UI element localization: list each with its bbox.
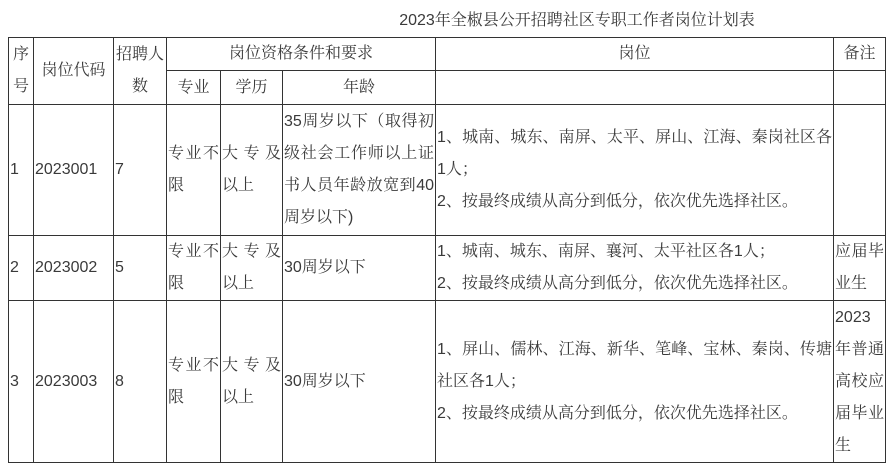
- cell-serial: 1: [9, 105, 34, 236]
- cell-major: 专业不限: [167, 301, 221, 463]
- cell-remark: 应届毕业生: [834, 236, 886, 301]
- header-education: 学历: [221, 71, 283, 105]
- header-remark-spacer: [834, 71, 886, 105]
- position-item: 1、城南、城东、南屏、襄河、太平社区各1人；: [437, 236, 832, 268]
- position-item: 1、城南、城东、南屏、太平、屏山、江海、秦岗社区各1人；: [437, 122, 832, 186]
- table-row: 3 2023003 8 专业不限 大专及以上 30周岁以下 1、屏山、儒林、江海…: [9, 301, 886, 463]
- header-serial: 序号: [9, 38, 34, 105]
- cell-serial: 3: [9, 301, 34, 463]
- cell-major: 专业不限: [167, 105, 221, 236]
- cell-education: 大专及以上: [221, 236, 283, 301]
- header-position: 岗位: [436, 38, 834, 71]
- cell-education: 大专及以上: [221, 301, 283, 463]
- cell-position: 1、城南、城东、南屏、太平、屏山、江海、秦岗社区各1人； 2、按最终成绩从高分到…: [436, 105, 834, 236]
- position-item: 2、按最终成绩从高分到低分，依次优先选择社区。: [437, 186, 832, 218]
- cell-remark: 2023年普通高校应届毕业生: [834, 301, 886, 463]
- cell-age: 30周岁以下: [283, 236, 436, 301]
- cell-education: 大专及以上: [221, 105, 283, 236]
- recruitment-table: 序号 岗位代码 招聘人数 岗位资格条件和要求 岗位 备注 专业 学历 年龄 1 …: [8, 37, 886, 463]
- cell-age: 30周岁以下: [283, 301, 436, 463]
- header-qualification-group: 岗位资格条件和要求: [167, 38, 436, 71]
- cell-code: 2023001: [34, 105, 114, 236]
- header-row-top: 序号 岗位代码 招聘人数 岗位资格条件和要求 岗位 备注: [9, 38, 886, 71]
- cell-position: 1、屏山、儒林、江海、新华、笔峰、宝林、秦岗、传塘社区各1人； 2、按最终成绩从…: [436, 301, 834, 463]
- cell-remark: [834, 105, 886, 236]
- table-row: 2 2023002 5 专业不限 大专及以上 30周岁以下 1、城南、城东、南屏…: [9, 236, 886, 301]
- cell-position: 1、城南、城东、南屏、襄河、太平社区各1人； 2、按最终成绩从高分到低分，依次优…: [436, 236, 834, 301]
- cell-code: 2023003: [34, 301, 114, 463]
- header-count: 招聘人数: [114, 38, 167, 105]
- cell-code: 2023002: [34, 236, 114, 301]
- position-item: 2、按最终成绩从高分到低分，依次优先选择社区。: [437, 398, 832, 430]
- cell-count: 8: [114, 301, 167, 463]
- header-position-spacer: [436, 71, 834, 105]
- cell-major: 专业不限: [167, 236, 221, 301]
- cell-count: 5: [114, 236, 167, 301]
- table-row: 1 2023001 7 专业不限 大专及以上 35周岁以下（取得初级社会工作师以…: [9, 105, 886, 236]
- cell-count: 7: [114, 105, 167, 236]
- page-title: 2023年全椒县公开招聘社区专职工作者岗位计划表: [0, 7, 894, 30]
- position-item: 2、按最终成绩从高分到低分，依次优先选择社区。: [437, 268, 832, 300]
- header-remark: 备注: [834, 38, 886, 71]
- header-code: 岗位代码: [34, 38, 114, 105]
- cell-serial: 2: [9, 236, 34, 301]
- cell-age: 35周岁以下（取得初级社会工作师以上证书人员年龄放宽到40周岁以下): [283, 105, 436, 236]
- position-item: 1、屏山、儒林、江海、新华、笔峰、宝林、秦岗、传塘社区各1人；: [437, 334, 832, 398]
- header-age: 年龄: [283, 71, 436, 105]
- header-major: 专业: [167, 71, 221, 105]
